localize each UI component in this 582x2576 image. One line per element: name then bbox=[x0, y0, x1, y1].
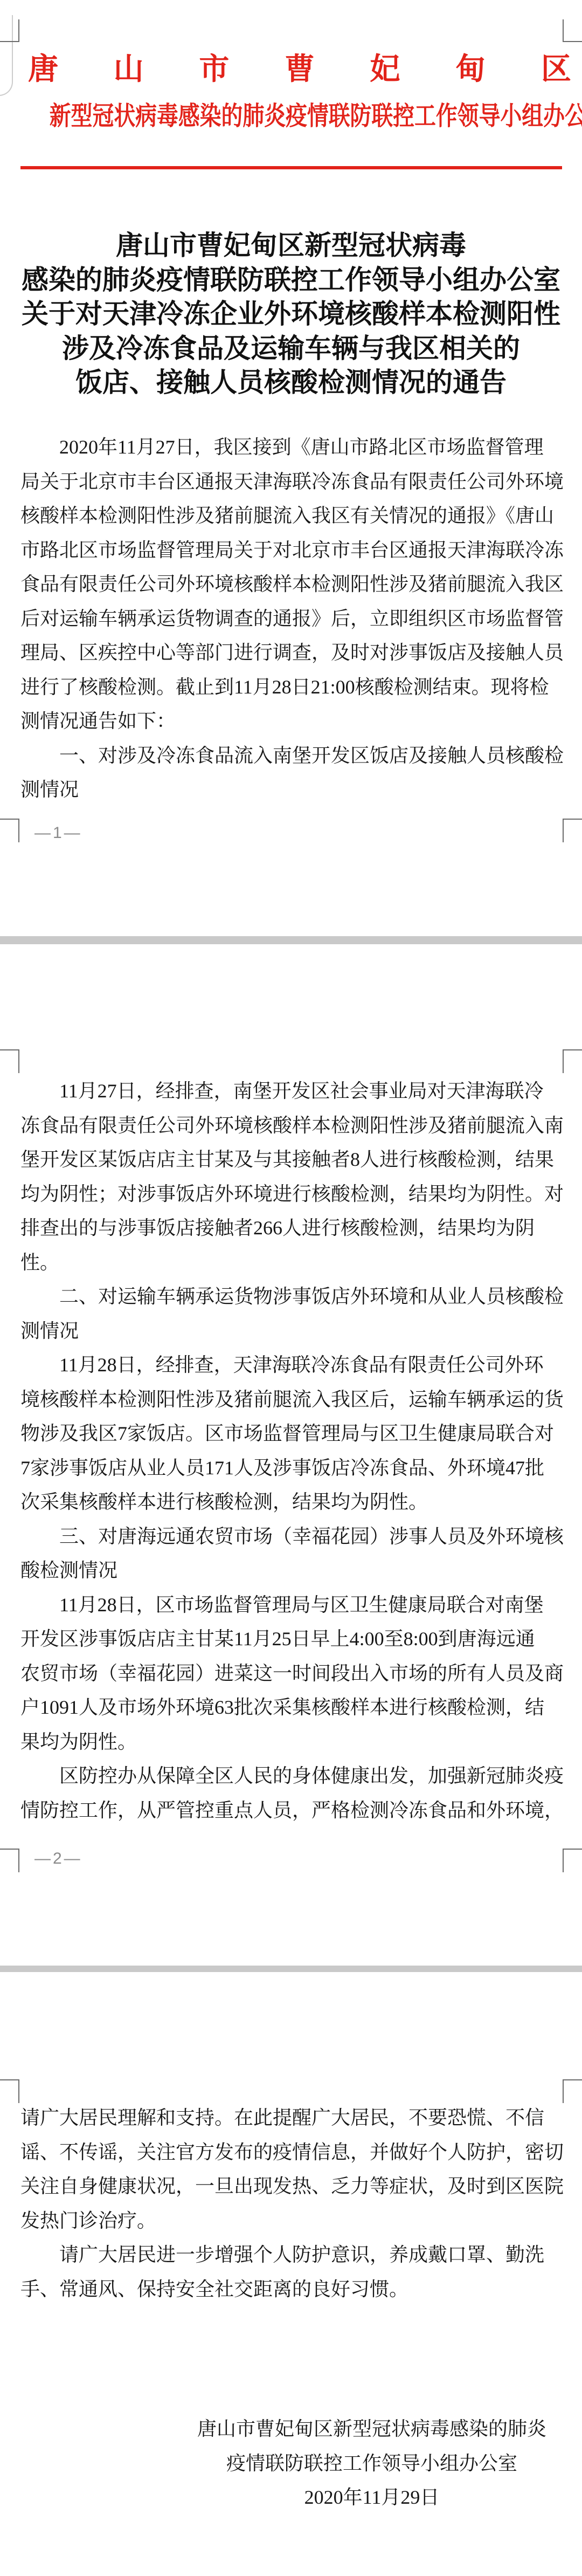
page-separator bbox=[0, 936, 582, 944]
corner-mark bbox=[563, 2079, 564, 2103]
text-line: 11月28日，区市场监督管理局与区卫生健康局联合对南堡 bbox=[20, 1588, 565, 1623]
scan-corner-artifact bbox=[0, 15, 13, 96]
signature-org-line: 唐山市曹妃甸区新型冠状病毒感染的肺炎 bbox=[195, 2412, 549, 2447]
text-line: 区防控办从保障全区人民的身体健康出发，加强新冠肺炎疫 bbox=[20, 1759, 565, 1794]
section-heading-line: 测情况 bbox=[20, 1314, 565, 1349]
text-line: 测情况通告如下： bbox=[20, 704, 565, 739]
corner-mark bbox=[563, 819, 582, 820]
corner-mark bbox=[563, 1849, 564, 1872]
corner-mark bbox=[0, 1049, 19, 1050]
document-canvas: 唐山市曹妃甸区 新型冠状病毒感染的肺炎疫情联防联控工作领导小组办公室 唐山市曹妃… bbox=[0, 0, 582, 2576]
corner-mark bbox=[563, 41, 582, 42]
corner-mark bbox=[563, 1049, 582, 1050]
text-line: 后对运输车辆承运货物调查的通报》后，立即组织区市场监督管 bbox=[20, 602, 565, 636]
corner-mark bbox=[18, 19, 19, 42]
text-line: 发热门诊治疗。 bbox=[20, 2204, 565, 2238]
section-heading-line: 二、对运输车辆承运货物涉事饭店外环境和从业人员核酸检 bbox=[20, 1280, 565, 1314]
corner-mark bbox=[0, 819, 19, 820]
page-number: —1— bbox=[34, 824, 82, 842]
section-heading-line: 酸检测情况 bbox=[20, 1554, 565, 1588]
title-line: 感染的肺炎疫情联防联控工作领导小组办公室 bbox=[0, 263, 582, 298]
corner-mark bbox=[0, 1849, 19, 1850]
text-line: 排查出的与涉事饭店接触者266人进行核酸检测，结果均为阴 bbox=[20, 1211, 565, 1246]
text-line: 果均为阴性。 bbox=[20, 1725, 565, 1760]
corner-mark bbox=[563, 1849, 582, 1850]
corner-mark bbox=[18, 2079, 19, 2103]
signature-org-line: 疫情联防联控工作领导小组办公室 bbox=[195, 2447, 549, 2481]
text-line: 11月27日，经排查，南堡开发区社会事业局对天津海联冷 bbox=[20, 1074, 565, 1109]
signature-date: 2020年11月29日 bbox=[195, 2481, 549, 2515]
corner-mark bbox=[563, 1049, 564, 1073]
corner-mark bbox=[0, 2079, 19, 2080]
section-heading-line: 三、对唐海远通农贸市场（幸福花园）涉事人员及外环境核 bbox=[20, 1520, 565, 1554]
title-line: 饭店、接触人员核酸检测情况的通告 bbox=[0, 366, 582, 400]
page1-body: 2020年11月27日，我区接到《唐山市路北区市场监督管理 局关于北京市丰台区通… bbox=[20, 430, 565, 807]
letterhead-office-name: 新型冠状病毒感染的肺炎疫情联防联控工作领导小组办公室 bbox=[50, 100, 532, 133]
section-heading-line: 测情况 bbox=[20, 773, 565, 807]
letterhead-org-name: 唐山市曹妃甸区 bbox=[28, 52, 571, 86]
corner-mark bbox=[563, 819, 564, 842]
section-heading-line: 一、对涉及冷冻食品流入南堡开发区饭店及接触人员核酸检 bbox=[20, 739, 565, 773]
text-line: 情防控工作，从严管控重点人员，严格检测冷冻食品和外环境， bbox=[20, 1794, 565, 1828]
corner-mark bbox=[18, 1849, 19, 1872]
text-line: 2020年11月27日，我区接到《唐山市路北区市场监督管理 bbox=[20, 430, 565, 465]
text-line: 食品有限责任公司外环境核酸样本检测阳性涉及猪前腿流入我区 bbox=[20, 567, 565, 602]
text-line: 农贸市场（幸福花园）进菜这一时间段出入市场的所有人员及商 bbox=[20, 1657, 565, 1691]
page2-body: 11月27日，经排查，南堡开发区社会事业局对天津海联冷 冻食品有限责任公司外环境… bbox=[20, 1074, 565, 1828]
corner-mark bbox=[563, 2079, 582, 2080]
text-line: 市路北区市场监督管理局关于对北京市丰台区通报天津海联冷冻 bbox=[20, 533, 565, 568]
text-line: 均为阴性；对涉事饭店外环境进行核酸检测，结果均为阴性。对 bbox=[20, 1177, 565, 1212]
text-line: 次采集核酸样本进行核酸检测，结果均为阴性。 bbox=[20, 1485, 565, 1520]
text-line: 境核酸样本检测阳性涉及猪前腿流入我区后，运输车辆承运的货 bbox=[20, 1383, 565, 1417]
letterhead-rule bbox=[20, 166, 562, 169]
text-line: 理局、区疾控中心等部门进行调查，及时对涉事饭店及接触人员 bbox=[20, 636, 565, 670]
text-line: 关注自身健康状况，一旦出现发热、乏力等症状，及时到区医院 bbox=[20, 2169, 565, 2204]
page-number: —2— bbox=[34, 1850, 82, 1868]
text-line: 冻食品有限责任公司外环境核酸样本检测阳性涉及猪前腿流入南 bbox=[20, 1109, 565, 1143]
text-line: 局关于北京市丰台区通报天津海联冷冻食品有限责任公司外环境 bbox=[20, 465, 565, 499]
text-line: 11月28日，经排查，天津海联冷冻食品有限责任公司外环 bbox=[20, 1348, 565, 1383]
text-line: 物涉及我区7家饭店。区市场监督管理局与区卫生健康局联合对 bbox=[20, 1417, 565, 1451]
title-line: 唐山市曹妃甸区新型冠状病毒 bbox=[0, 229, 582, 263]
page3-body: 请广大居民理解和支持。在此提醒广大居民，不要恐慌、不信 谣、不传谣，关注官方发布… bbox=[20, 2101, 565, 2306]
text-line: 开发区涉事饭店店主甘某11月25日早上4:00至8:00到唐海远通 bbox=[20, 1622, 565, 1657]
text-line: 谣、不传谣，关注官方发布的疫情信息，并做好个人防护，密切 bbox=[20, 2135, 565, 2170]
text-line: 户1091人及市场外环境63批次采集核酸样本进行核酸检测，结 bbox=[20, 1691, 565, 1725]
text-line: 核酸样本检测阳性涉及猪前腿流入我区有关情况的通报》《唐山 bbox=[20, 499, 565, 533]
title-line: 关于对天津冷冻企业外环境核酸样本检测阳性 bbox=[0, 297, 582, 332]
text-line: 进行了核酸检测。截止到11月28日21:00核酸检测结束。现将检 bbox=[20, 670, 565, 705]
page-separator bbox=[0, 1966, 582, 1972]
corner-mark bbox=[0, 41, 19, 42]
corner-mark bbox=[18, 819, 19, 842]
text-line: 7家涉事饭店从业人员171人及涉事饭店冷冻食品、外环境47批 bbox=[20, 1451, 565, 1486]
text-line: 堡开发区某饭店店主甘某及与其接触者8人进行核酸检测，结果 bbox=[20, 1143, 565, 1177]
text-line: 手、常通风、保持安全社交距离的良好习惯。 bbox=[20, 2272, 565, 2307]
title-line: 涉及冷冻食品及运输车辆与我区相关的 bbox=[0, 332, 582, 366]
text-line: 请广大居民理解和支持。在此提醒广大居民，不要恐慌、不信 bbox=[20, 2101, 565, 2135]
text-line: 请广大居民进一步增强个人防护意识，养成戴口罩、勤洗 bbox=[20, 2238, 565, 2272]
signature-block: 唐山市曹妃甸区新型冠状病毒感染的肺炎 疫情联防联控工作领导小组办公室 2020年… bbox=[195, 2412, 549, 2515]
corner-mark bbox=[563, 19, 564, 42]
corner-mark bbox=[18, 1049, 19, 1073]
text-line: 性。 bbox=[20, 1246, 565, 1280]
document-title: 唐山市曹妃甸区新型冠状病毒 感染的肺炎疫情联防联控工作领导小组办公室 关于对天津… bbox=[0, 229, 582, 400]
